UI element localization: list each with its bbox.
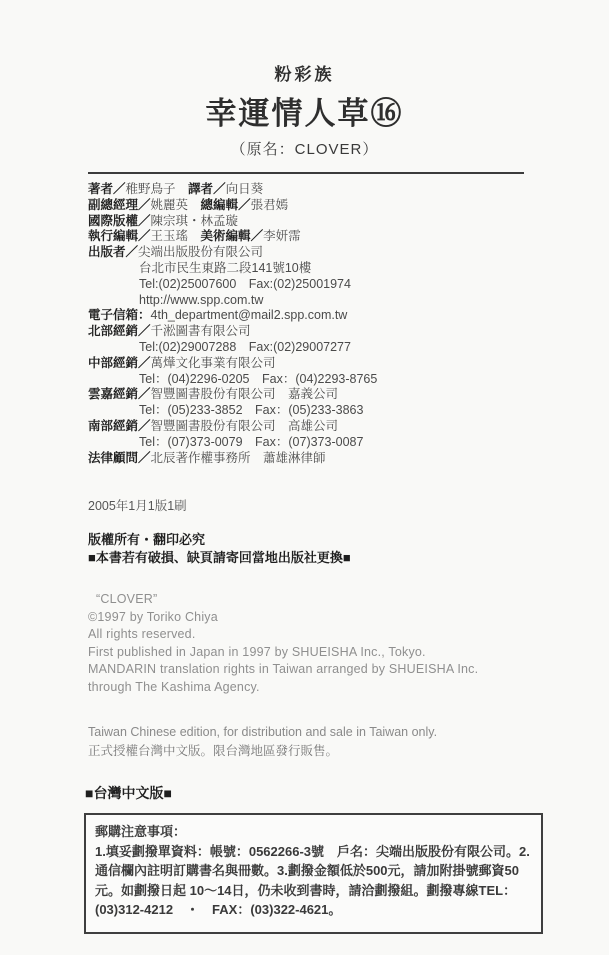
credit-label: 副總經理: [88, 198, 138, 212]
slash-separator: ／: [138, 387, 151, 401]
slash-separator: ／: [113, 182, 126, 196]
mail-order-title: 郵購注意事項：: [95, 822, 532, 842]
credit-label: 國際版權: [88, 214, 138, 228]
taiwan-edition-chinese: 正式授權台灣中文版。限台灣地區發行販售。: [88, 742, 609, 761]
credit-row-intl-rights: 國際版權／陳宗琪・林孟璇: [88, 214, 548, 230]
copyright-line: ©1997 by Toriko Chiya: [88, 609, 609, 627]
credit-value: 王玉瑤: [151, 229, 189, 243]
north-distributor-phone: Tel:(02)29007288 Fax:(02)29007277: [88, 340, 548, 356]
series-title: 粉彩族: [0, 60, 609, 85]
mail-order-box: 郵購注意事項： 1.填妥劃撥單資料：帳號：0562266-3號 戶名：尖端出版股…: [84, 813, 543, 934]
credit-row-south-distributor: 南部經銷／智豐圖書股份有限公司 高雄公司: [88, 419, 548, 435]
credit-value: 智豐圖書股份有限公司 高雄公司: [151, 419, 339, 433]
print-run-info: 2005年1月1版1刷: [88, 496, 609, 514]
slash-separator: ／: [138, 356, 151, 370]
slash-separator: ／: [238, 198, 251, 212]
divider-rule: [88, 172, 524, 174]
credit-label: 雲嘉經銷: [88, 387, 138, 401]
slash-separator: ／: [213, 182, 226, 196]
credit-row-north-distributor: 北部經銷／千淞圖書有限公司: [88, 324, 548, 340]
credit-value: 稚野鳥子: [126, 182, 176, 196]
publisher-website: http://www.spp.com.tw: [88, 293, 548, 309]
taiwan-edition-badge: ■台灣中文版■: [85, 783, 609, 803]
credit-value: 千淞圖書有限公司: [151, 324, 251, 338]
slash-separator: ／: [138, 451, 151, 465]
title-block: 粉彩族 幸運情人草⑯ （原名：CLOVER）: [0, 0, 609, 159]
credit-label: 著者: [88, 182, 113, 196]
credit-label: 出版者: [88, 245, 126, 259]
credit-label: 總編輯: [201, 198, 239, 212]
email-address: 4th_department@mail2.spp.com.tw: [151, 308, 348, 322]
credit-value: 陳宗琪・林孟璇: [151, 214, 239, 228]
publisher-address: 台北市民生東路二段141號10樓: [88, 261, 548, 277]
damaged-book-notice: ■本書若有破損、缺頁請寄回當地出版社更換■: [88, 549, 609, 567]
book-title: 幸運情人草⑯: [0, 88, 609, 133]
credit-label: 美術編輯: [201, 229, 251, 243]
copyright-line: First published in Japan in 1997 by SHUE…: [88, 644, 609, 662]
credit-label: 電子信箱: [88, 308, 138, 322]
slash-separator: ／: [251, 229, 264, 243]
copyright-line: through The Kashima Agency.: [88, 679, 609, 697]
slash-separator: ／: [126, 245, 139, 259]
credit-value: 智豐圖書股份有限公司 嘉義公司: [151, 387, 339, 401]
credit-row-publisher: 出版者／尖端出版股份有限公司: [88, 245, 548, 261]
copyright-reserved-line: 版權所有・翻印必究: [88, 531, 609, 549]
credit-value: 李妍霈: [263, 229, 301, 243]
publisher-phone: Tel:(02)25007600 Fax:(02)25001974: [88, 277, 548, 293]
slash-separator: ／: [138, 214, 151, 228]
credit-label: 法律顧問: [88, 451, 138, 465]
taiwan-edition-block: Taiwan Chinese edition, for distribution…: [88, 723, 609, 761]
slash-separator: ／: [138, 198, 151, 212]
colon-separator: ：: [138, 308, 151, 322]
credits-block: 著者／稚野鳥子譯者／向日葵 副總經理／姚麗英總編輯／張君嫣 國際版權／陳宗琪・林…: [88, 182, 548, 466]
credit-row-yunjia-distributor: 雲嘉經銷／智豐圖書股份有限公司 嘉義公司: [88, 387, 548, 403]
copyright-line: “CLOVER”: [88, 591, 609, 609]
original-title: （原名：CLOVER）: [0, 138, 609, 159]
credit-label: 譯者: [188, 182, 213, 196]
slash-separator: ／: [138, 229, 151, 243]
slash-separator: ／: [138, 419, 151, 433]
colophon-page: 粉彩族 幸運情人草⑯ （原名：CLOVER） 著者／稚野鳥子譯者／向日葵 副總經…: [0, 0, 609, 955]
mail-order-instructions: 1.填妥劃撥單資料：帳號：0562266-3號 戶名：尖端出版股份有限公司。2.…: [95, 844, 530, 918]
credit-value: 萬燁文化事業有限公司: [151, 356, 276, 370]
credit-row-email: 電子信箱：4th_department@mail2.spp.com.tw: [88, 308, 548, 324]
credit-value: 姚麗英: [151, 198, 189, 212]
credit-value: 北辰著作權事務所 蕭雄淋律師: [151, 451, 326, 465]
credit-row-managers: 副總經理／姚麗英總編輯／張君嫣: [88, 198, 548, 214]
credit-value: 尖端出版股份有限公司: [138, 245, 263, 259]
credit-row-legal-advisor: 法律顧問／北辰著作權事務所 蕭雄淋律師: [88, 451, 548, 467]
rights-notice: 版權所有・翻印必究 ■本書若有破損、缺頁請寄回當地出版社更換■: [88, 531, 609, 566]
credit-value: 向日葵: [226, 182, 264, 196]
credit-row-author: 著者／稚野鳥子譯者／向日葵: [88, 182, 548, 198]
slash-separator: ／: [138, 324, 151, 338]
central-distributor-phone: Tel：(04)2296-0205 Fax：(04)2293-8765: [88, 372, 548, 388]
credit-row-editors: 執行編輯／王玉瑤美術編輯／李妍霈: [88, 229, 548, 245]
credit-label: 中部經銷: [88, 356, 138, 370]
english-copyright-block: “CLOVER” ©1997 by Toriko Chiya All right…: [88, 591, 609, 696]
credit-value: 張君嫣: [251, 198, 289, 212]
credit-row-central-distributor: 中部經銷／萬燁文化事業有限公司: [88, 356, 548, 372]
copyright-line: MANDARIN translation rights in Taiwan ar…: [88, 661, 609, 679]
copyright-line: All rights reserved.: [88, 626, 609, 644]
yunjia-distributor-phone: Tel：(05)233-3852 Fax：(05)233-3863: [88, 403, 548, 419]
credit-label: 北部經銷: [88, 324, 138, 338]
credit-label: 執行編輯: [88, 229, 138, 243]
credit-label: 南部經銷: [88, 419, 138, 433]
south-distributor-phone: Tel：(07)373-0079 Fax：(07)373-0087: [88, 435, 548, 451]
taiwan-edition-english: Taiwan Chinese edition, for distribution…: [88, 723, 609, 742]
